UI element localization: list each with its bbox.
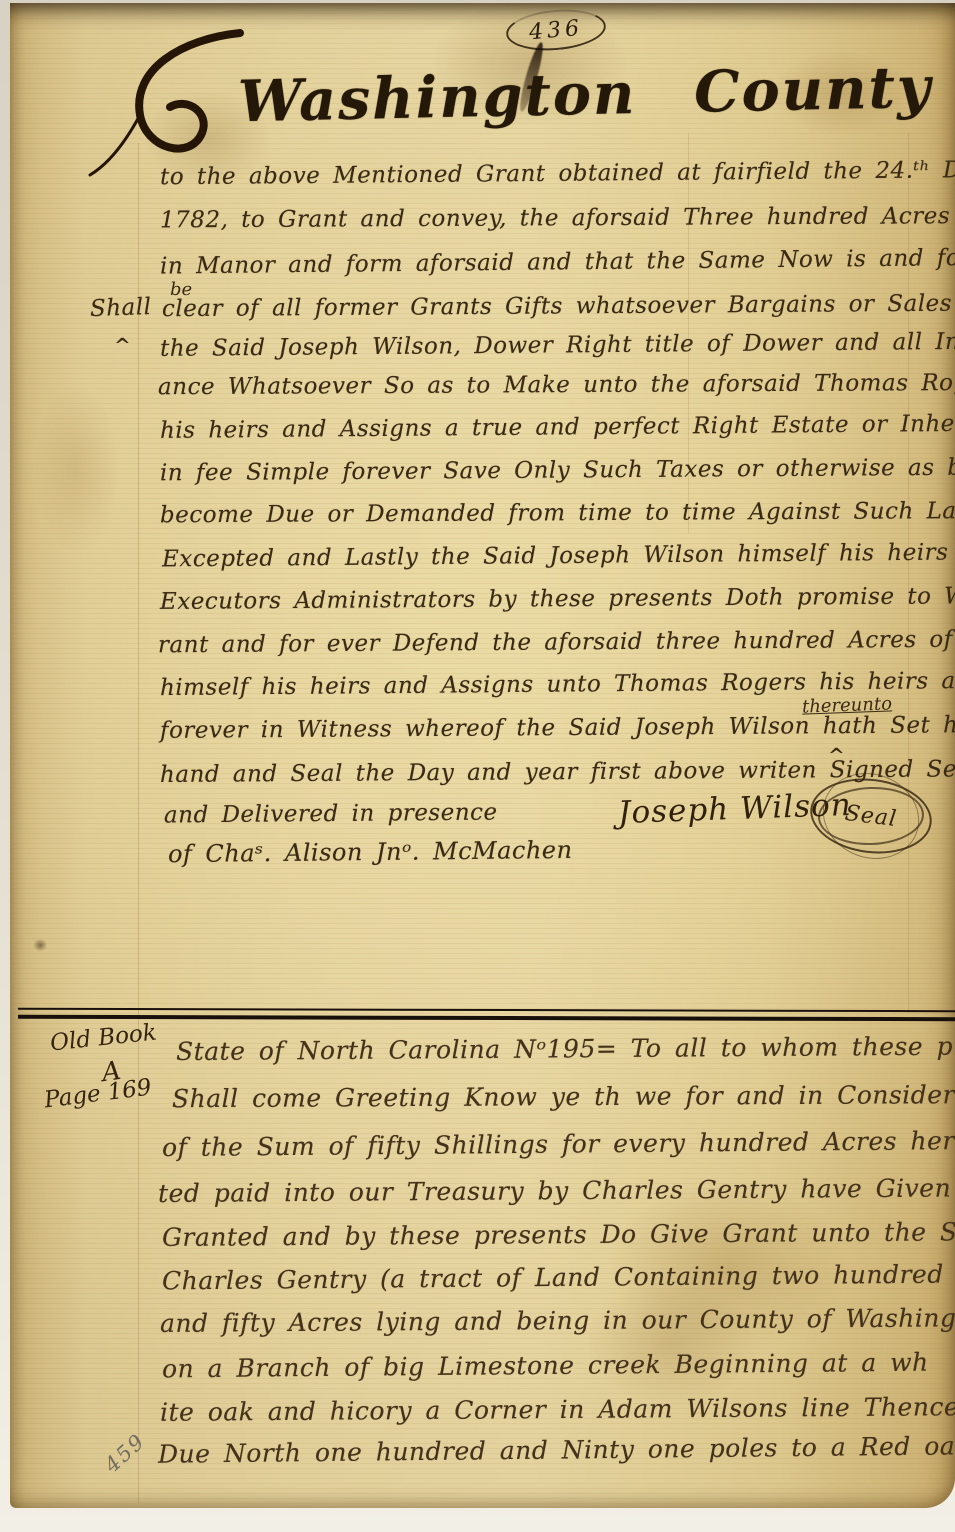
deed2-line: of the Sum of fifty Shillings for every … (162, 1126, 955, 1162)
page-number-text: 436 (528, 15, 584, 45)
wax-seal-flourish: Seal (806, 772, 936, 860)
section-divider-thin (18, 1008, 955, 1012)
deed2-line: Due North one hundred and Ninty one pole… (158, 1431, 955, 1468)
deed1-line: become Due or Demanded from time to time… (160, 499, 955, 529)
deed1-witnesses: of Chaˢ. Alison Jnᵒ. McMachen (168, 837, 573, 868)
deed2-line: Charles Gentry (a tract of Land Containi… (162, 1261, 944, 1295)
deed1-line: Executors Administrators by these presen… (160, 584, 955, 615)
deed1-line: the Said Joseph Wilson, Dower Right titl… (160, 329, 955, 362)
deed1-line: in Manor and form aforsaid and that the … (160, 245, 955, 279)
deed1-line: and Delivered in presence (164, 801, 498, 829)
deed1-line: in fee Simple forever Save Only Such Tax… (160, 455, 955, 487)
caret-mark: ^ (114, 333, 131, 357)
deed1-line: ance Whatsoever So as to Make unto the a… (158, 371, 955, 401)
deed1-line: clear of all former Grants Gifts whatsoe… (162, 291, 955, 323)
pencil-folio-number: 459 (100, 1429, 150, 1478)
deed-book-page: 436 WashingtonCounty to the above Mentio… (10, 3, 955, 1508)
deed1-line: Excepted and Lastly the Said Joseph Wils… (162, 541, 949, 573)
deed2-line: on a Branch of big Limestone creek Begin… (162, 1349, 929, 1383)
deed1-margin-note: Shall (90, 295, 152, 322)
calligraphic-swash-icon (62, 29, 262, 179)
deed2-line: Shall come Greeting Know ye th we for an… (172, 1081, 955, 1113)
deed1-line: his heirs and Assigns a true and perfect… (160, 411, 955, 444)
record-ref-page: Page 169 (43, 1075, 153, 1114)
deed1-line: 1782, to Grant and convey, the aforsaid … (160, 204, 955, 234)
record-ref-book: Old Book (49, 1019, 158, 1056)
margin-rule-left (138, 143, 139, 1503)
deed1-line: forever in Witness whereof the Said Jose… (160, 713, 955, 744)
section-divider-thick (18, 1015, 955, 1021)
page-title: WashingtonCounty (237, 54, 932, 136)
seal-label: Seal (844, 800, 899, 831)
deed2-line: ite oak and hicory a Corner in Adam Wils… (160, 1393, 955, 1426)
deed2-line: and fifty Acres lying and being in our C… (160, 1304, 955, 1337)
deed2-line: State of North Carolina Nᵒ195= To all to… (176, 1032, 955, 1066)
page-title-word2: County (694, 54, 933, 126)
page-number: 436 (504, 6, 607, 55)
deed2-line: ted paid into our Treasury by Charles Ge… (158, 1174, 955, 1207)
deed1-line: rant and for ever Defend the aforsaid th… (158, 627, 955, 659)
page-title-word1: Washington (237, 60, 637, 135)
deed2-line: Granted and by these presents Do Give Gr… (162, 1218, 955, 1251)
deed1-line: to the above Mentioned Grant obtained at… (160, 157, 955, 191)
